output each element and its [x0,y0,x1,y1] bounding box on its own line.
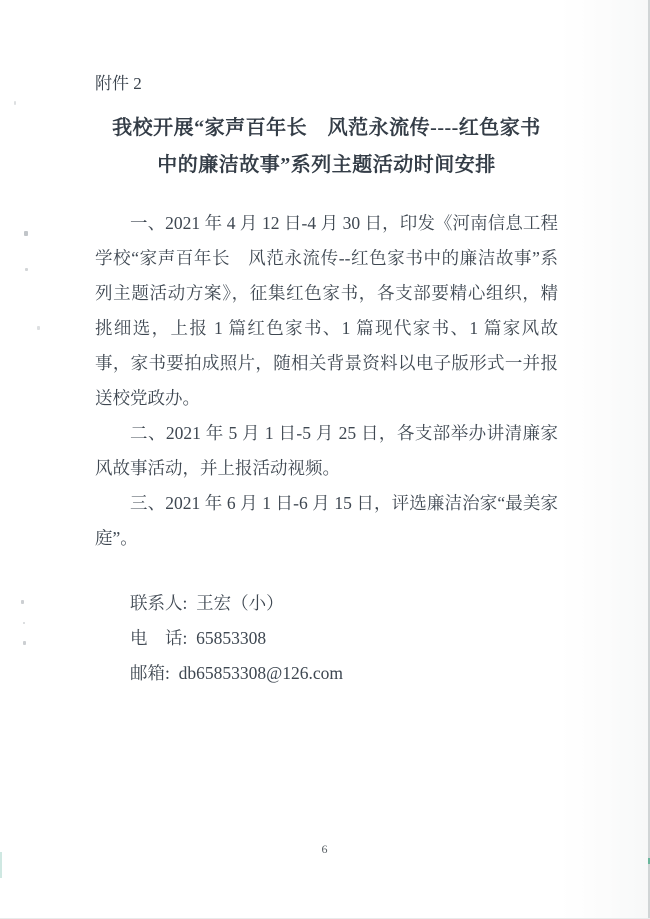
contact-email-label: 邮箱: [130,663,170,683]
contact-phone-line: 电 话:65853308 [130,621,558,656]
scan-speck [21,600,24,604]
contact-email-line: 邮箱:db65853308@126.com [130,656,558,691]
contact-block: 联系人:王宏（小） 电 话:65853308 邮箱:db65853308@126… [130,586,558,691]
title-line-2: 中的廉洁故事”系列主题活动时间安排 [95,147,558,184]
contact-person-label: 联系人: [130,593,187,613]
paragraph-item-3: 三、2021 年 6 月 1 日-6 月 15 日，评选廉洁治家“最美家庭”。 [95,486,558,556]
scan-speck [24,231,28,236]
scan-speck [23,641,26,645]
scan-speck [14,101,16,105]
page-number: 6 [0,842,650,857]
title-line-1: 我校开展“家声百年长 风范永流传----红色家书 [95,110,558,147]
scan-speck [37,326,40,330]
scan-speck [25,268,28,271]
contact-phone-label: 电 话: [130,628,187,648]
attachment-label: 附件 2 [95,0,558,96]
document-title: 我校开展“家声百年长 风范永流传----红色家书 中的廉洁故事”系列主题活动时间… [95,110,558,184]
document-content: 附件 2 我校开展“家声百年长 风范永流传----红色家书 中的廉洁故事”系列主… [95,0,558,691]
contact-email-value: db65853308@126.com [179,663,343,683]
scan-speck [23,622,25,624]
contact-person-value: 王宏（小） [196,593,284,613]
paragraph-item-1: 一、2021 年 4 月 12 日-4 月 30 日，印发《河南信息工程学校“家… [95,206,558,416]
document-page: 附件 2 我校开展“家声百年长 风范永流传----红色家书 中的廉洁故事”系列主… [0,0,650,919]
contact-person-line: 联系人:王宏（小） [130,586,558,621]
contact-phone-value: 65853308 [196,628,266,648]
paragraph-item-2: 二、2021 年 5 月 1 日-5 月 25 日，各支部举办讲清廉家风故事活动… [95,416,558,486]
scan-edge-tint-left [0,852,2,878]
